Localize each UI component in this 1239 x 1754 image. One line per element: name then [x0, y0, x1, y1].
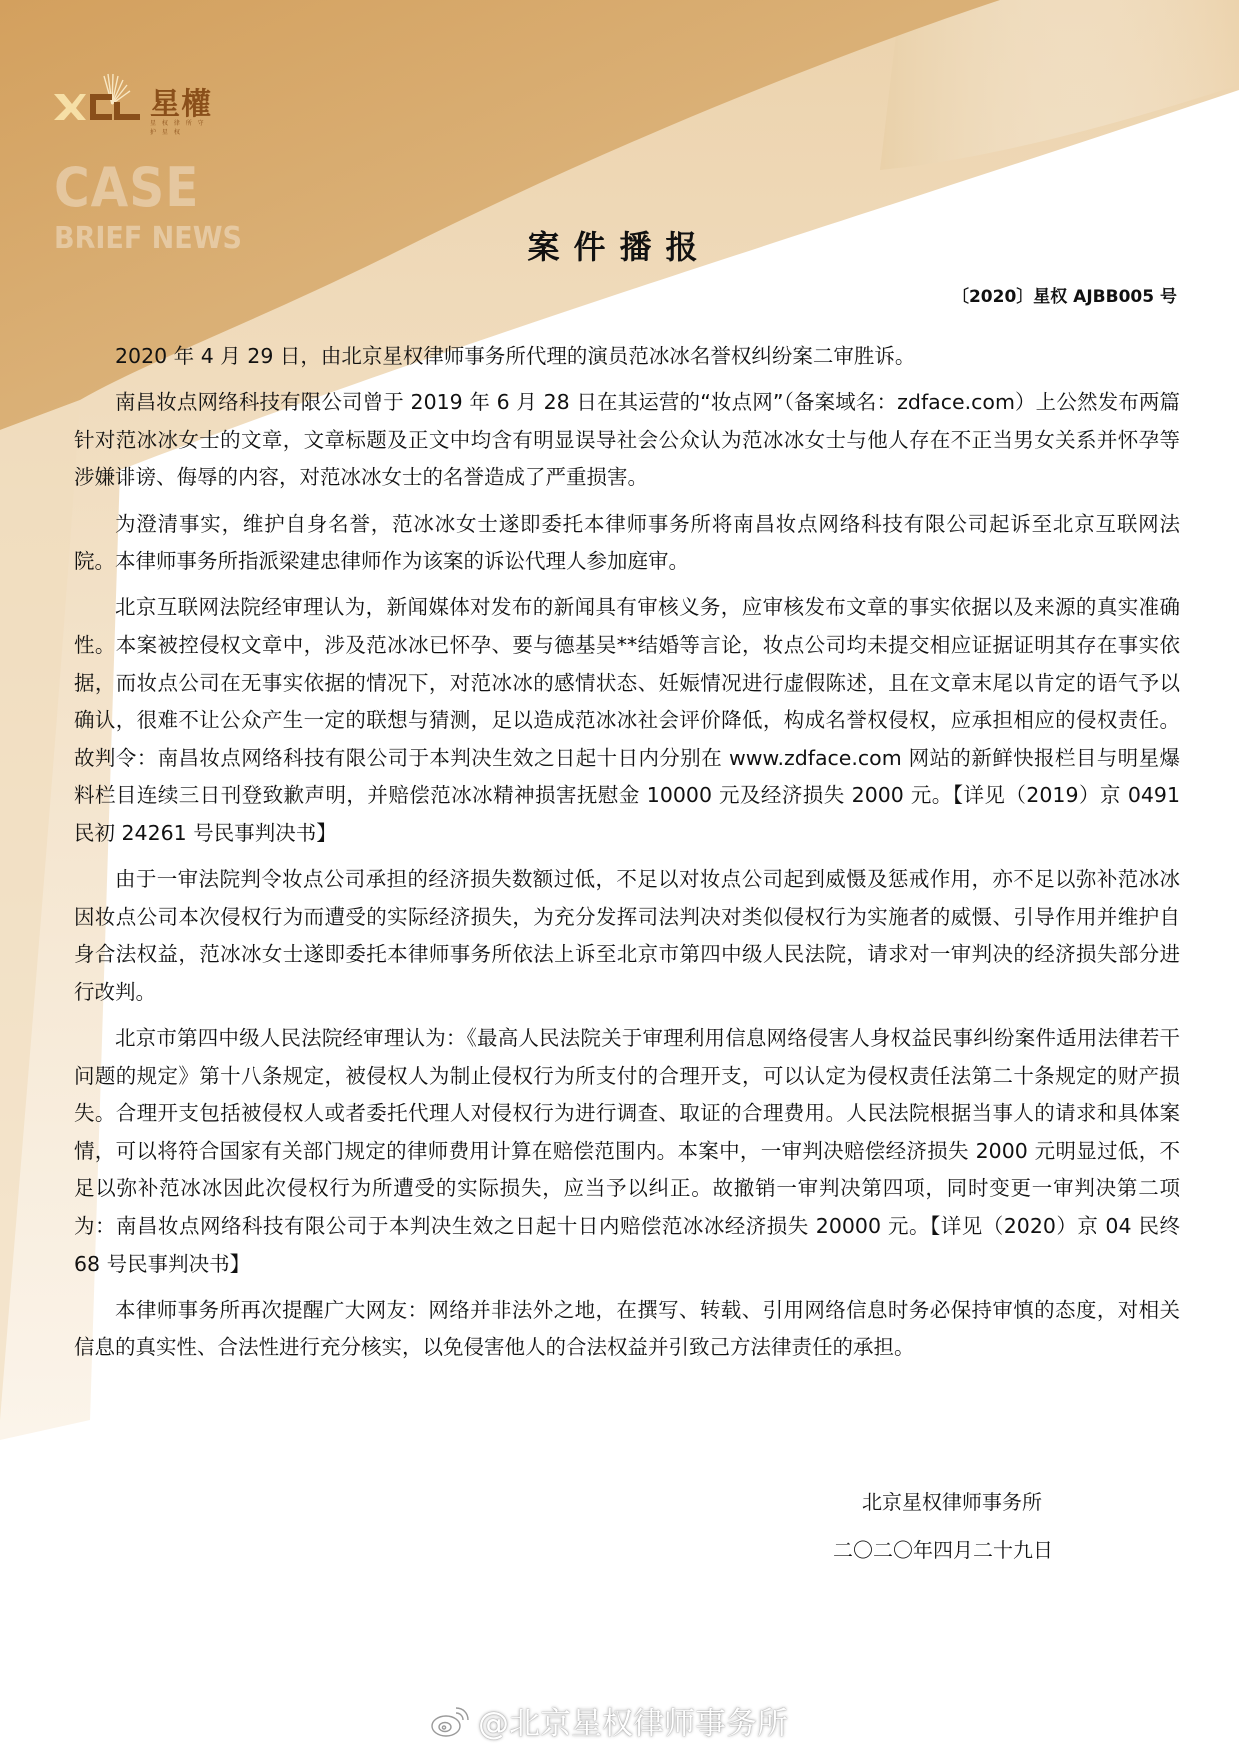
- logo-chinese-name: 星權: [150, 90, 212, 120]
- logo-mark-icon: [52, 72, 142, 120]
- firm-logo: 星權 星 权 律 所 守 护 星 权: [52, 72, 212, 120]
- page-title: 案件播报: [0, 222, 1239, 268]
- document-number: 〔2020〕星权 AJBB005 号: [952, 282, 1177, 307]
- paragraph-appeal: 由于一审法院判令妆点公司承担的经济损失数额过低，不足以对妆点公司起到威慑及惩戒作…: [74, 861, 1180, 1011]
- paragraph-reminder: 本律师事务所再次提醒广大网友：网络并非法外之地，在撰写、转载、引用网络信息时务必…: [74, 1292, 1180, 1367]
- signature-date: 二〇二〇年四月二十九日: [833, 1534, 1053, 1563]
- paragraph-lawsuit: 为澄清事实，维护自身名誉，范冰冰女士遂即委托本律师事务所将南昌妆点网络科技有限公…: [74, 506, 1180, 581]
- paragraph-background: 南昌妆点网络科技有限公司曾于 2019 年 6 月 28 日在其运营的“妆点网”…: [74, 384, 1180, 497]
- logo-tagline: 星 权 律 所 守 护 星 权: [150, 118, 212, 136]
- paragraph-first-instance: 北京互联网法院经审理认为，新闻媒体对发布的新闻具有审核义务，应审核发布文章的事实…: [74, 589, 1180, 852]
- weibo-icon: [430, 1704, 470, 1738]
- weibo-watermark: @北京星权律师事务所: [430, 1698, 788, 1743]
- paragraph-summary: 2020 年 4 月 29 日，由北京星权律师事务所代理的演员范冰冰名誉权纠纷案…: [74, 338, 1180, 376]
- document-body: 2020 年 4 月 29 日，由北京星权律师事务所代理的演员范冰冰名誉权纠纷案…: [74, 338, 1180, 1376]
- case-word: CASE: [54, 160, 242, 216]
- watermark-text: @北京星权律师事务所: [478, 1698, 788, 1743]
- signature-organization: 北京星权律师事务所: [862, 1486, 1042, 1515]
- paragraph-second-instance: 北京市第四中级人民法院经审理认为：《最高人民法院关于审理利用信息网络侵害人身权益…: [74, 1020, 1180, 1283]
